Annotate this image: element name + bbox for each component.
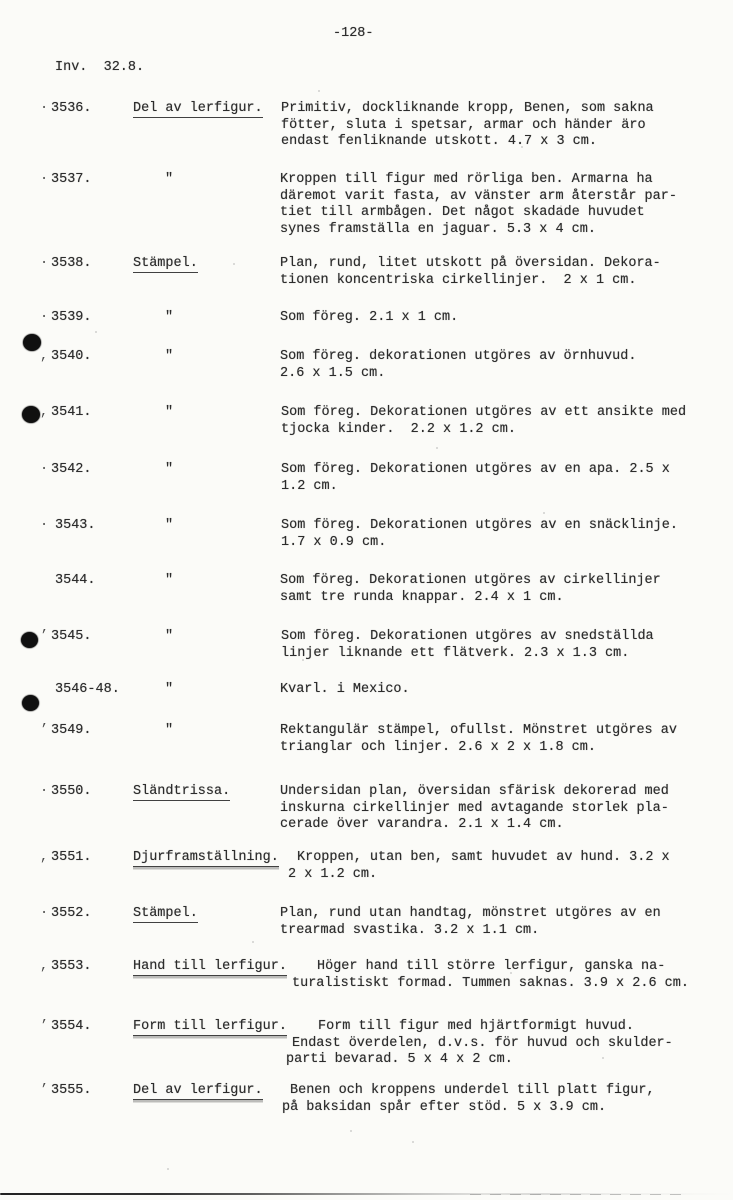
- entry-category-label: Stämpel.: [133, 906, 198, 923]
- entry-tick-mark: ,: [40, 405, 48, 422]
- entry-category-label: Hand till lerfigur.: [133, 959, 287, 976]
- ditto-mark: ": [165, 405, 173, 422]
- entry-category-label: Sländtrissa.: [133, 784, 230, 801]
- ditto-mark: ": [165, 310, 173, 327]
- scan-speck: [95, 331, 97, 333]
- scan-speck: [302, 659, 304, 661]
- entry-description-line: Plan, rund utan handtag, mönstret utgöre…: [280, 906, 661, 923]
- entry-description-line: samt tre runda knappar. 2.4 x 1 cm.: [280, 590, 564, 607]
- ditto-mark: ": [165, 629, 173, 646]
- scan-speck: [436, 447, 438, 449]
- entry-category: Stämpel.: [133, 906, 198, 923]
- page-number: -128-: [333, 26, 374, 43]
- entry-description-line: Som föreg. Dekorationen utgöres av ett a…: [281, 405, 686, 422]
- page-bottom-edge-dashes: [470, 1194, 690, 1195]
- entry-category-label: Stämpel.: [133, 256, 198, 273]
- entry-number: 3552.: [51, 906, 92, 923]
- ditto-mark: ": [165, 349, 173, 366]
- entry-number: 3542.: [51, 462, 92, 479]
- entry-description-line: Kroppen till figur med rörliga ben. Arma…: [280, 172, 653, 189]
- entry-category: Del av lerfigur.: [133, 1083, 263, 1100]
- entry-description-line: Som föreg. Dekorationen utgöres av en ap…: [281, 462, 670, 479]
- entry-number: 3541.: [51, 405, 92, 422]
- entry-description-line: Som föreg. dekorationen utgöres av örnhu…: [280, 349, 636, 366]
- entry-tick-mark: ’: [40, 1019, 48, 1036]
- entry-description-line: inskurna cirkellinjer med avtagande stor…: [280, 801, 669, 818]
- ditto-mark: ": [165, 723, 173, 740]
- scanned-page: -128- Inv. 32.8. ·3536.Del av lerfigur.P…: [0, 0, 733, 1200]
- entry-description-line: Primitiv, dockliknande kropp, Benen, som…: [281, 101, 654, 118]
- scan-speck: [318, 90, 320, 92]
- entry-tick-mark: ’: [40, 1083, 48, 1100]
- ink-dot-mark: [22, 406, 40, 423]
- scan-speck: [510, 972, 512, 974]
- entry-description-line: fötter, sluta i spetsar, armar och hände…: [281, 118, 646, 135]
- entry-description-line: tiet till armbågen. Det något skadade hu…: [280, 205, 645, 222]
- entry-category: Stämpel.: [133, 256, 198, 273]
- entry-category: Form till lerfigur.: [133, 1019, 287, 1036]
- entry-tick-mark: ’: [40, 629, 48, 646]
- entry-category: Sländtrissa.: [133, 784, 230, 801]
- entry-description-line: synes framställa en jaguar. 5.3 x 4 cm.: [280, 222, 596, 239]
- scan-speck: [412, 1141, 414, 1143]
- entry-number: 3549.: [51, 723, 92, 740]
- entry-category-label: Djurframställning.: [133, 850, 279, 867]
- scan-speck: [350, 1130, 352, 1132]
- entry-number: 3543.: [55, 518, 96, 535]
- entry-tick-mark: ·: [40, 172, 48, 189]
- entry-description-line: linjer liknande ett flätverk. 2.3 x 1.3 …: [281, 646, 629, 663]
- entry-description-line: 2 x 1.2 cm.: [288, 867, 377, 884]
- entry-tick-mark: ·: [40, 906, 48, 923]
- entry-tick-mark: ’: [40, 723, 48, 740]
- entry-description-line: tjocka kinder. 2.2 x 1.2 cm.: [281, 422, 516, 439]
- ditto-mark: ": [165, 682, 173, 699]
- entry-tick-mark: ·: [40, 462, 48, 479]
- entry-description-line: endast fenliknande utskott. 4.7 x 3 cm.: [281, 134, 597, 151]
- entry-description-line: 2.6 x 1.5 cm.: [280, 366, 385, 383]
- entry-description-line: Kroppen, utan ben, samt huvudet av hund.…: [297, 850, 670, 867]
- entry-number: 3545.: [51, 629, 92, 646]
- entry-description-line: Plan, rund, litet utskott på översidan. …: [280, 256, 661, 273]
- scan-speck: [521, 146, 523, 148]
- entry-number: 3555.: [51, 1083, 92, 1100]
- ditto-mark: ": [165, 518, 173, 535]
- entry-tick-mark: ,: [40, 349, 48, 366]
- entry-number: 3550.: [51, 784, 92, 801]
- entry-category: Del av lerfigur.: [133, 101, 263, 118]
- scan-speck: [560, 205, 562, 207]
- entry-category-label: Del av lerfigur.: [133, 101, 263, 118]
- entry-description-line: Endast överdelen, d.v.s. för huvud och s…: [292, 1036, 673, 1053]
- entry-number: 3536.: [51, 101, 92, 118]
- entry-description-line: däremot varit fasta, av vänster arm åter…: [280, 189, 677, 206]
- entry-description-line: trianglar och linjer. 2.6 x 2 x 1.8 cm.: [280, 740, 596, 757]
- entry-description-line: Som föreg. 2.1 x 1 cm.: [280, 310, 458, 327]
- scan-speck: [602, 1057, 604, 1059]
- entry-category: Hand till lerfigur.: [133, 959, 287, 976]
- entry-description-line: Form till figur med hjärtformigt huvud.: [318, 1019, 634, 1036]
- entry-number: 3546-48.: [55, 682, 120, 699]
- entry-description-line: tionen koncentriska cirkellinjer. 2 x 1 …: [280, 273, 636, 290]
- entry-number: 3554.: [51, 1019, 92, 1036]
- entry-tick-mark: ·: [40, 784, 48, 801]
- entry-number: 3553.: [51, 959, 92, 976]
- entry-category-label: Form till lerfigur.: [133, 1019, 287, 1036]
- entry-number: 3539.: [51, 310, 92, 327]
- ink-dot-mark: [22, 695, 39, 711]
- entry-number: 3538.: [51, 256, 92, 273]
- scan-speck: [233, 263, 235, 265]
- scan-speck: [543, 512, 545, 514]
- ink-dot-mark: [21, 632, 38, 648]
- entry-description-line: på baksidan spår efter stöd. 5 x 3.9 cm.: [282, 1100, 606, 1117]
- entry-category-label: Del av lerfigur.: [133, 1083, 263, 1100]
- entry-description-line: Höger hand till större lerfigur, ganska …: [317, 959, 665, 976]
- entry-tick-mark: ,: [40, 959, 48, 976]
- entry-description-line: Rektangulär stämpel, ofullst. Mönstret u…: [280, 723, 677, 740]
- entry-tick-mark: ,: [40, 850, 48, 867]
- entry-description-line: turalistiskt formad. Tummen saknas. 3.9 …: [292, 976, 689, 993]
- scan-speck: [252, 941, 254, 943]
- entry-tick-mark: ·: [40, 101, 48, 118]
- entry-category: Djurframställning.: [133, 850, 279, 867]
- entry-tick-mark: ·: [40, 518, 48, 535]
- entry-description-line: cerade över varandra. 2.1 x 1.4 cm.: [280, 817, 564, 834]
- entry-description-line: trearmad svastika. 3.2 x 1.1 cm.: [280, 923, 539, 940]
- entry-description-line: Benen och kroppens underdel till platt f…: [290, 1083, 655, 1100]
- ink-dot-mark: [23, 334, 41, 351]
- entry-number: 3544.: [55, 573, 96, 590]
- entry-number: 3537.: [51, 172, 92, 189]
- scan-speck: [167, 1168, 169, 1170]
- entry-description-line: Som föreg. Dekorationen utgöres av sneds…: [281, 629, 654, 646]
- ditto-mark: ": [165, 172, 173, 189]
- entry-description-line: 1.7 x 0.9 cm.: [281, 535, 386, 552]
- entry-description-line: Kvarl. i Mexico.: [280, 682, 410, 699]
- entry-description-line: parti bevarad. 5 x 4 x 2 cm.: [286, 1052, 513, 1069]
- entry-tick-mark: ·: [40, 310, 48, 327]
- entry-description-line: Som föreg. Dekorationen utgöres av cirke…: [280, 573, 661, 590]
- inventory-number: Inv. 32.8.: [55, 60, 144, 77]
- entry-tick-mark: ·: [40, 256, 48, 273]
- entry-number: 3551.: [51, 850, 92, 867]
- entry-description-line: 1.2 cm.: [281, 479, 338, 496]
- ditto-mark: ": [165, 462, 173, 479]
- scan-speck: [649, 792, 651, 794]
- entry-description-line: Som föreg. Dekorationen utgöres av en sn…: [281, 518, 678, 535]
- entry-number: 3540.: [51, 349, 92, 366]
- ditto-mark: ": [165, 573, 173, 590]
- entry-description-line: Undersidan plan, översidan sfärisk dekor…: [280, 784, 669, 801]
